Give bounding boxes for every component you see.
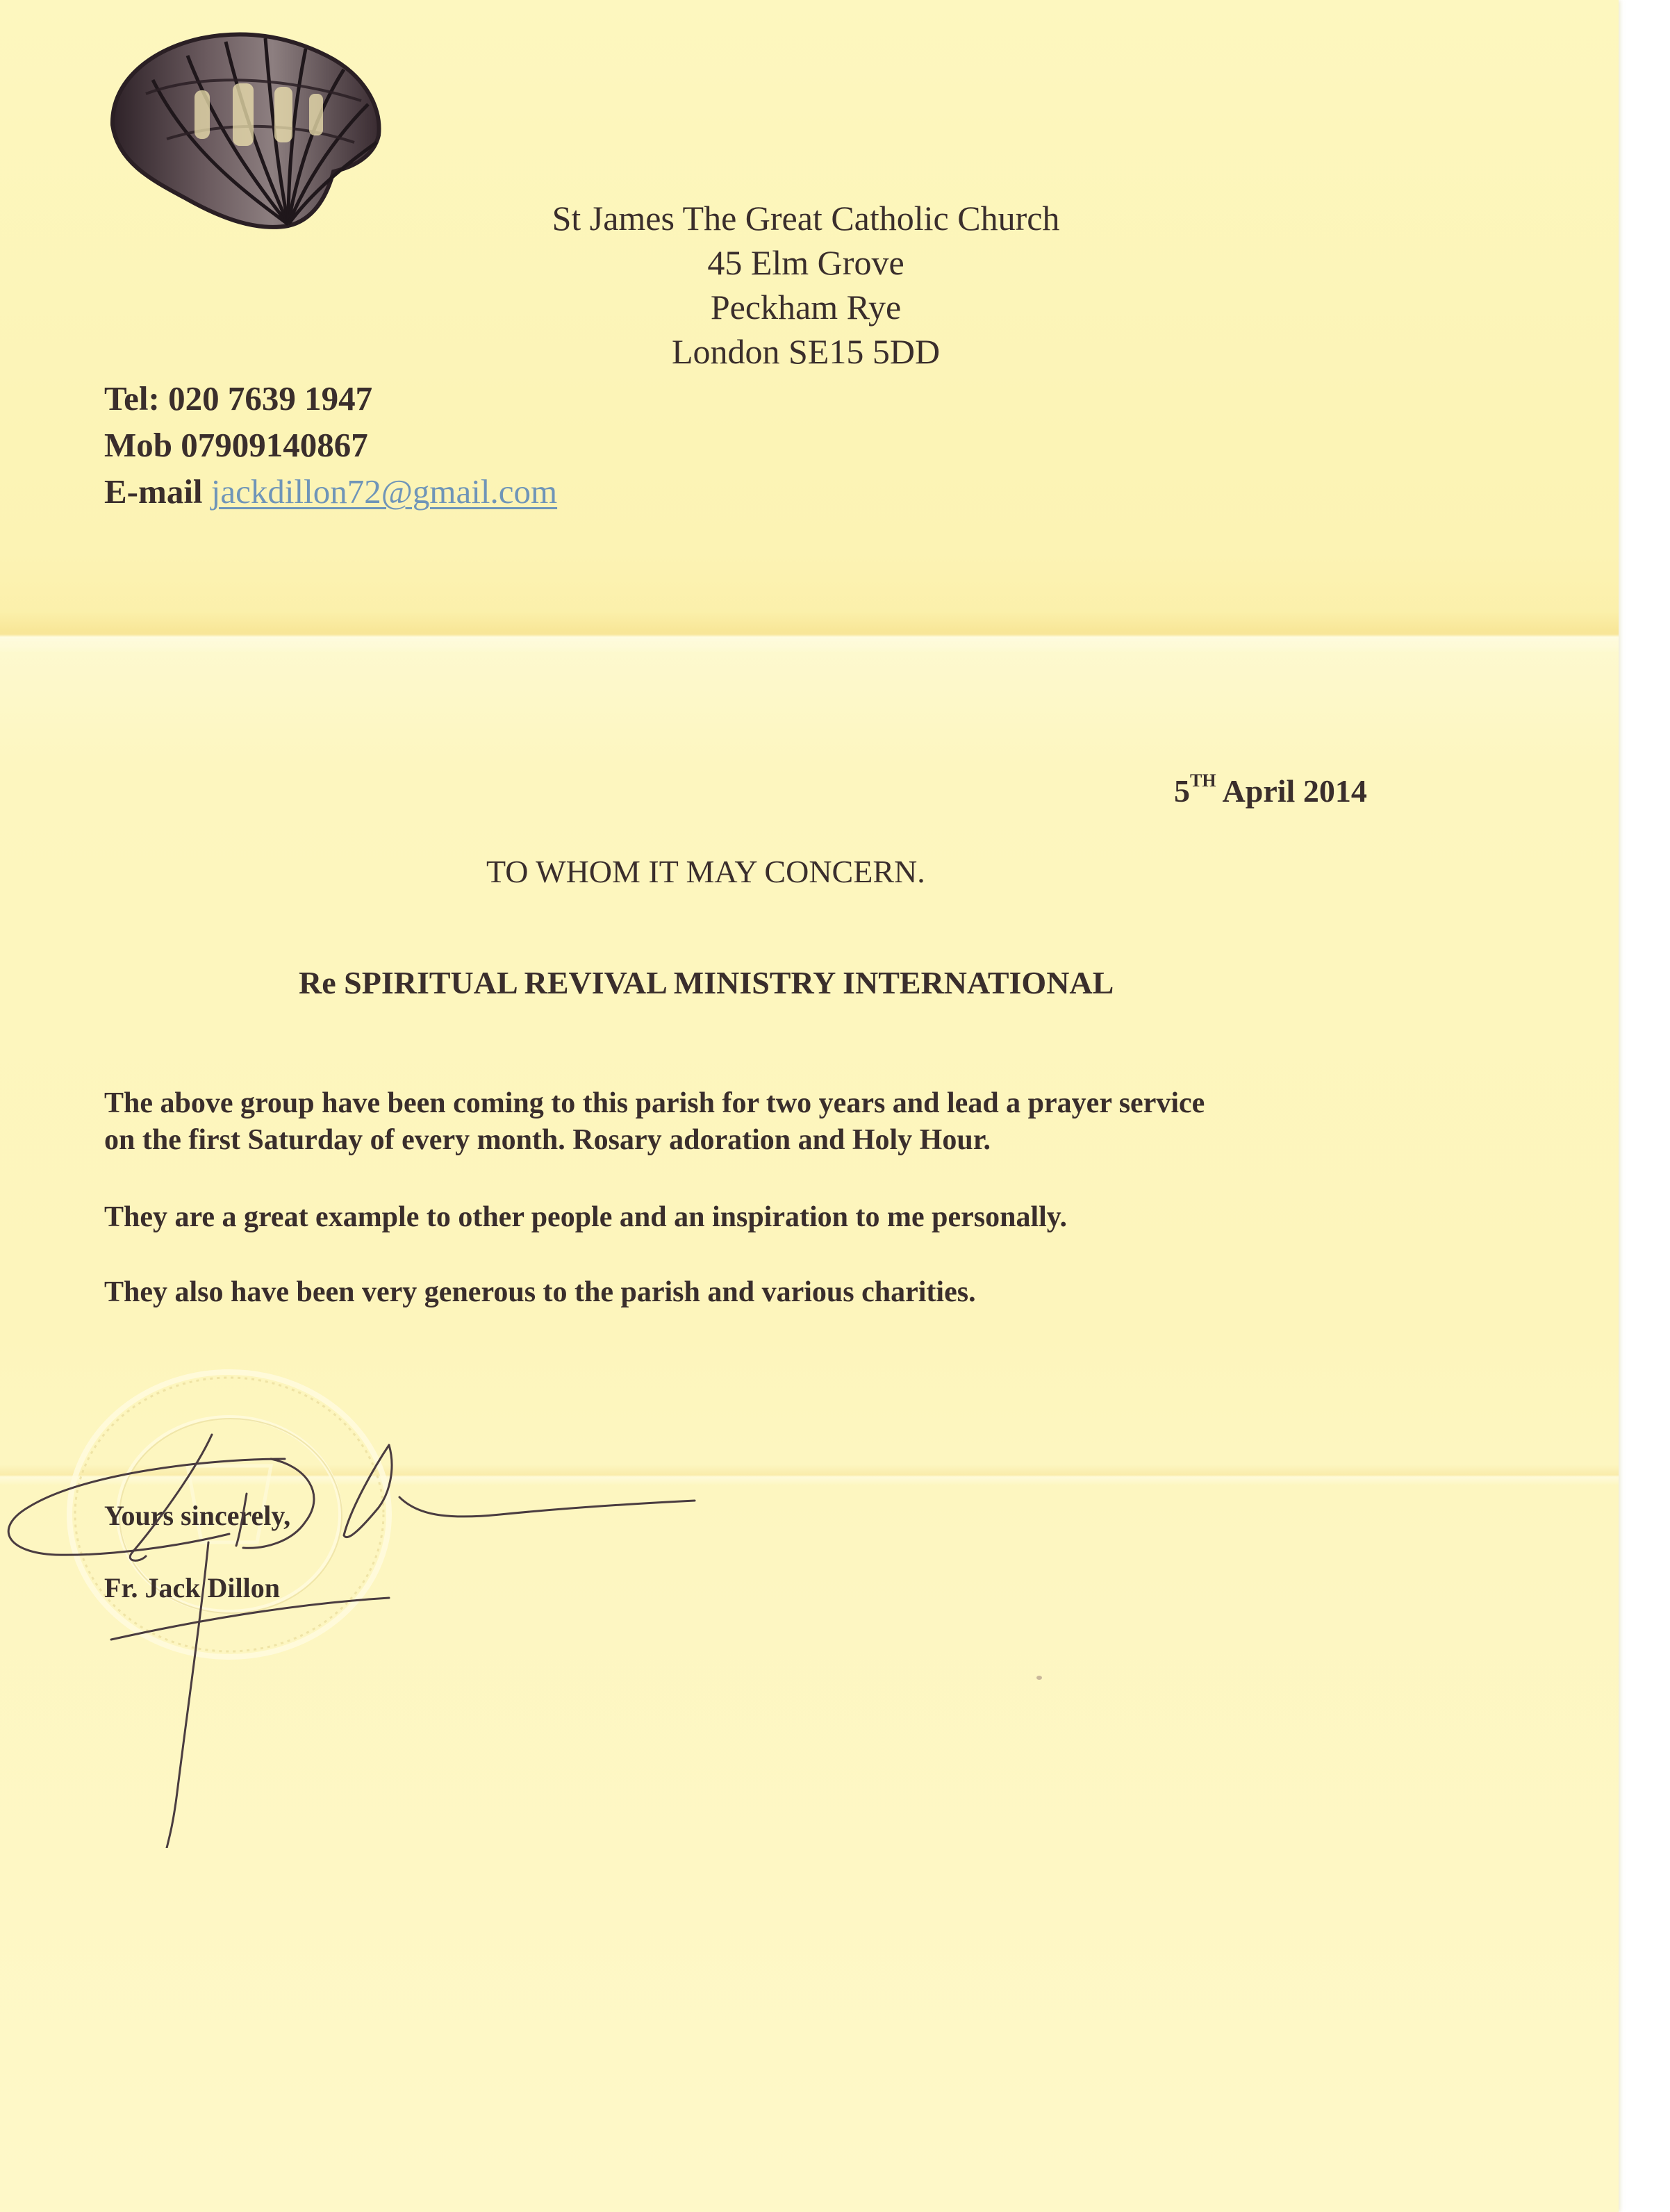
church-address-block: St James The Great Catholic Church 45 El… (445, 196, 1167, 374)
closing-phrase: Yours sincerely, (104, 1499, 290, 1532)
paper-speck (1036, 1676, 1042, 1680)
paragraph-line: The above group have been coming to this… (104, 1085, 1205, 1122)
address-line: London SE15 5DD (445, 329, 1167, 374)
mob-value: 07909140867 (181, 426, 368, 464)
body-paragraph: They are a great example to other people… (104, 1199, 1067, 1236)
tel-label: Tel: (104, 379, 160, 418)
contact-block: Tel: 020 7639 1947 Mob 07909140867 E-mai… (104, 375, 557, 515)
paragraph-line: on the first Saturday of every month. Ro… (104, 1122, 1205, 1159)
letter-date: 5TH April 2014 (1174, 773, 1367, 809)
subject-line: Re SPIRITUAL REVIVAL MINISTRY INTERNATIO… (299, 964, 1114, 1001)
paragraph-line: They also have been very generous to the… (104, 1274, 976, 1311)
address-line: Peckham Rye (445, 285, 1167, 329)
paragraph-line: They are a great example to other people… (104, 1199, 1067, 1236)
date-suffix: TH (1190, 770, 1216, 791)
telephone-line: Tel: 020 7639 1947 (104, 375, 557, 422)
date-month-year: April 2014 (1223, 773, 1367, 809)
tel-value: 020 7639 1947 (168, 379, 372, 418)
address-line: 45 Elm Grove (445, 240, 1167, 285)
email-link[interactable]: jackdillon72@gmail.com (211, 472, 557, 511)
email-label: E-mail (104, 472, 203, 511)
body-paragraph: They also have been very generous to the… (104, 1274, 976, 1311)
church-name: St James The Great Catholic Church (445, 196, 1167, 240)
body-paragraph: The above group have been coming to this… (104, 1085, 1205, 1159)
email-line: E-mail jackdillon72@gmail.com (104, 468, 557, 515)
date-day: 5 (1174, 773, 1190, 809)
signer-name: Fr. Jack Dillon (104, 1571, 280, 1604)
mob-label: Mob (104, 426, 172, 464)
salutation: TO WHOM IT MAY CONCERN. (486, 853, 925, 890)
mobile-line: Mob 07909140867 (104, 422, 557, 468)
scallop-shell-icon (104, 17, 389, 233)
